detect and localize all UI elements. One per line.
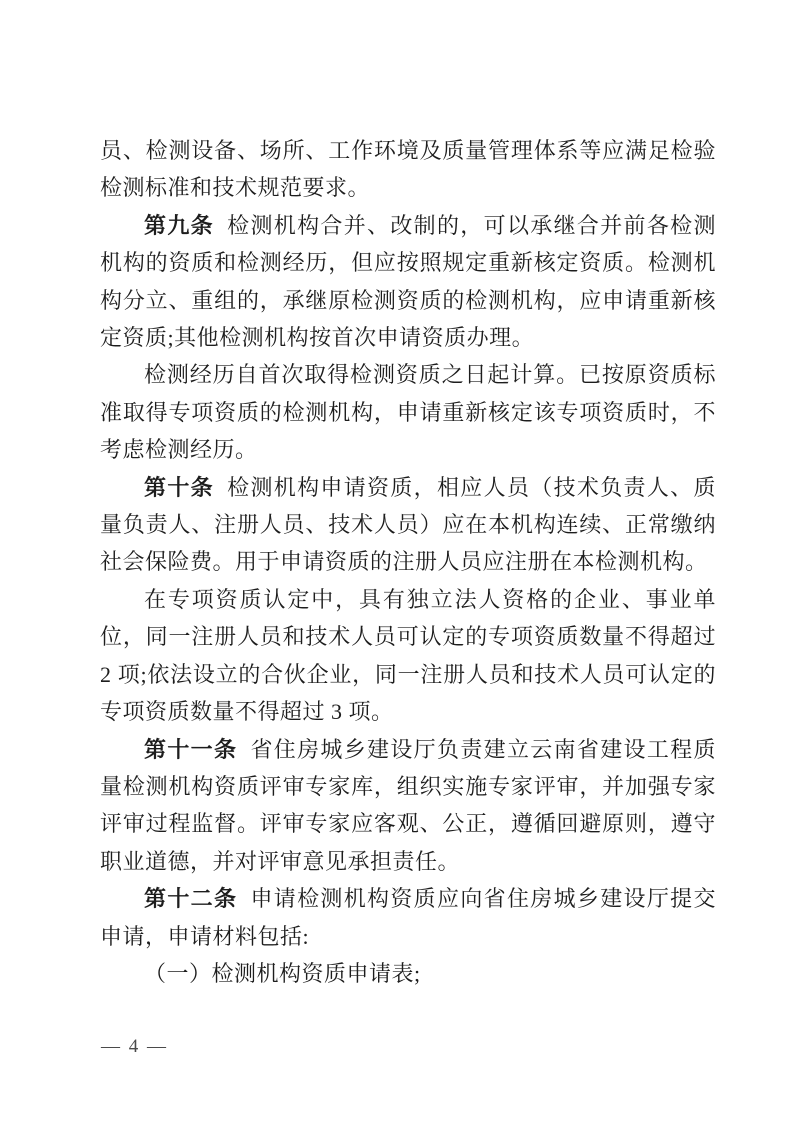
paragraph-text: （一）检测机构资质申请表; — [144, 961, 421, 986]
document-body: 员、检测设备、场所、工作环境及质量管理体系等应满足检验检测标准和技术规范要求。 … — [100, 132, 716, 992]
paragraph-text: 员、检测设备、场所、工作环境及质量管理体系等应满足检验检测标准和技术规范要求。 — [100, 138, 716, 200]
page-number: — 4 — — [101, 1036, 168, 1057]
page-footer: — 4 — — [101, 1036, 168, 1058]
paragraph: 检测经历自首次取得检测资质之日起计算。已按原资质标准取得专项资质的检测机构，申请… — [100, 356, 716, 468]
document-page: 员、检测设备、场所、工作环境及质量管理体系等应满足检验检测标准和技术规范要求。 … — [0, 0, 793, 1122]
article-number: 第十条 — [144, 475, 214, 500]
article-number: 第十二条 — [144, 886, 237, 911]
paragraph: 在专项资质认定中，具有独立法人资格的企业、事业单位，同一注册人员和技术人员可认定… — [100, 581, 716, 731]
paragraph-article-10: 第十条检测机构申请资质，相应人员（技术负责人、质量负责人、注册人员、技术人员）应… — [100, 469, 716, 581]
paragraph-list-item-1: （一）检测机构资质申请表; — [100, 955, 716, 992]
paragraph-text: 在专项资质认定中，具有独立法人资格的企业、事业单位，同一注册人员和技术人员可认定… — [100, 587, 716, 724]
paragraph-article-11: 第十一条省住房城乡建设厅负责建立云南省建设工程质量检测机构资质评审专家库，组织实… — [100, 731, 716, 881]
article-number: 第十一条 — [144, 737, 237, 762]
article-number: 第九条 — [144, 213, 214, 238]
paragraph-article-9: 第九条检测机构合并、改制的，可以承继合并前各检测机构的资质和检测经历，但应按照规… — [100, 207, 716, 357]
paragraph-continuation: 员、检测设备、场所、工作环境及质量管理体系等应满足检验检测标准和技术规范要求。 — [100, 132, 716, 207]
paragraph-text: 检测经历自首次取得检测资质之日起计算。已按原资质标准取得专项资质的检测机构，申请… — [100, 362, 716, 462]
paragraph-article-12: 第十二条申请检测机构资质应向省住房城乡建设厅提交申请，申请材料包括: — [100, 880, 716, 955]
